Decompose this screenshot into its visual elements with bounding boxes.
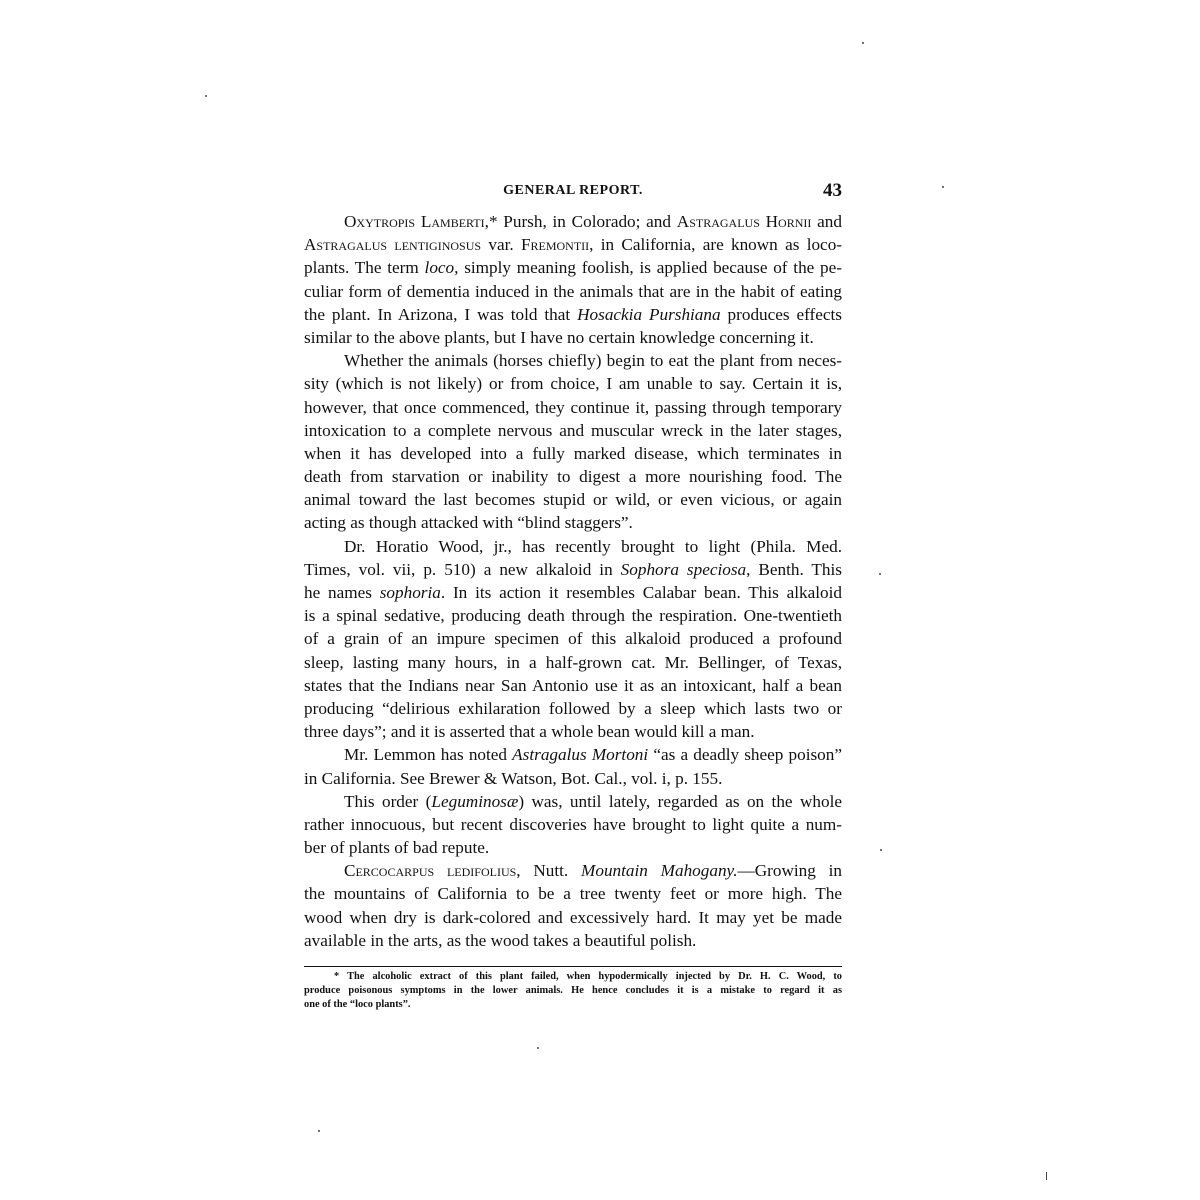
footnote-rule — [304, 966, 842, 967]
text-line: states that the Indians near San Antonio… — [304, 674, 842, 697]
small-caps-name: Cercocarpus ledifolius — [344, 861, 516, 880]
small-caps-name: Oxytropis Lamberti, — [344, 212, 489, 231]
text-line: acting as though attacked with “blind st… — [304, 511, 842, 534]
text-run: producing “delirious exhilaration follow… — [304, 699, 842, 718]
text-run: similar to the above plants, but I have … — [304, 328, 814, 347]
italic-term: Astragalus Mortoni — [512, 745, 648, 764]
text-line: intoxication to a complete nervous and m… — [304, 419, 842, 442]
text-run: Whether the animals (horses chiefly) beg… — [344, 351, 842, 370]
text-line: he names sophoria. In its action it rese… — [304, 581, 842, 604]
footnote-line: * The alcoholic extract of this plant fa… — [304, 970, 842, 984]
text-run: “as a deadly sheep poison” — [648, 745, 842, 764]
scan-speck — [1046, 1172, 1047, 1180]
text-run: is a spinal sedative, producing death th… — [304, 606, 842, 625]
text-run: Mr. Lemmon has noted — [344, 745, 512, 764]
footnote-line: one of the “loco plants”. — [304, 998, 842, 1012]
paragraph-order: This order (Leguminosæ) was, until latel… — [304, 790, 842, 860]
text-run: acting as though attacked with “blind st… — [304, 513, 633, 532]
running-head: GENERAL REPORT. — [304, 183, 842, 199]
text-line: culiar form of dementia induced in the a… — [304, 280, 842, 303]
text-run: ) was, until lately, regarded as on the … — [518, 792, 842, 811]
text-run: —Growing in — [738, 861, 842, 880]
text-line: sleep, lasting many hours, in a half-gro… — [304, 651, 842, 674]
body-text: Oxytropis Lamberti,* Pursh, in Colorado;… — [304, 210, 842, 952]
scan-speck — [862, 42, 864, 44]
text-run: and — [811, 212, 842, 231]
text-line: Dr. Horatio Wood, jr., has recently brou… — [304, 535, 842, 558]
text-run: however, that once commenced, they conti… — [304, 398, 842, 417]
paragraph-wood: Dr. Horatio Wood, jr., has recently brou… — [304, 535, 842, 744]
italic-term: sophoria — [380, 583, 441, 602]
text-run: wood when dry is dark-colored and excess… — [304, 908, 842, 927]
text-run: . In its action it resembles Calabar bea… — [441, 583, 842, 602]
text-line: Astragalus lentiginosus var. Fremontii, … — [304, 233, 842, 256]
text-run: sity (which is not likely) or from choic… — [304, 374, 842, 393]
text-line: sity (which is not likely) or from choic… — [304, 372, 842, 395]
text-line: animal toward the last becomes stupid or… — [304, 488, 842, 511]
scan-speck — [942, 186, 944, 188]
text-run: , Benth. This — [746, 560, 842, 579]
scanned-page: GENERAL REPORT. 43 Oxytropis Lamberti,* … — [0, 0, 1200, 1200]
text-line: death from starvation or inability to di… — [304, 465, 842, 488]
italic-term: loco — [425, 258, 455, 277]
text-line: is a spinal sedative, producing death th… — [304, 604, 842, 627]
footnote-line: produce poisonous symptoms in the lower … — [304, 984, 842, 998]
text-line: in California. See Brewer & Watson, Bot.… — [304, 767, 842, 790]
text-run: plants. The term — [304, 258, 425, 277]
italic-term: Hosackia Purshiana — [577, 305, 720, 324]
text-line: Cercocarpus ledifolius, Nutt. Mountain M… — [304, 859, 842, 882]
text-run: sleep, lasting many hours, in a half-gro… — [304, 653, 842, 672]
text-run: , simply meaning foolish, is applied bec… — [454, 258, 842, 277]
text-line: available in the arts, as the wood takes… — [304, 929, 842, 952]
text-line: similar to the above plants, but I have … — [304, 326, 842, 349]
text-run: when it has developed into a fully marke… — [304, 444, 842, 463]
italic-term: Mountain Mahogany. — [581, 861, 738, 880]
text-line: of a grain of an impure specimen of this… — [304, 627, 842, 650]
text-run: Dr. Horatio Wood, jr., has recently brou… — [344, 537, 842, 556]
text-run: culiar form of dementia induced in the a… — [304, 282, 842, 301]
text-line: ber of plants of bad repute. — [304, 836, 842, 859]
text-run: three days”; and it is asserted that a w… — [304, 722, 755, 741]
paragraph-whether: Whether the animals (horses chiefly) beg… — [304, 349, 842, 535]
text-run: available in the arts, as the wood takes… — [304, 931, 696, 950]
italic-term: Sophora speciosa — [621, 560, 746, 579]
footnote: * The alcoholic extract of this plant fa… — [304, 970, 842, 1012]
text-line: plants. The term loco, simply meaning fo… — [304, 256, 842, 279]
text-run: var. — [481, 235, 521, 254]
text-run: he names — [304, 583, 380, 602]
text-run: death from starvation or inability to di… — [304, 467, 842, 486]
scan-speck — [537, 1047, 539, 1049]
text-run: animal toward the last becomes stupid or… — [304, 490, 842, 509]
text-line: Whether the animals (horses chiefly) beg… — [304, 349, 842, 372]
text-run: rather innocuous, but recent discoveries… — [304, 815, 842, 834]
text-run: ber of plants of bad repute. — [304, 838, 489, 857]
italic-term: Leguminosæ — [431, 792, 518, 811]
text-run: , Nutt. — [516, 861, 581, 880]
text-run: states that the Indians near San Antonio… — [304, 676, 842, 695]
paragraph-oxytropis: Oxytropis Lamberti,* Pursh, in Colorado;… — [304, 210, 842, 349]
scan-speck — [318, 1130, 320, 1132]
text-line: the plant. In Arizona, I was told that H… — [304, 303, 842, 326]
text-line: Mr. Lemmon has noted Astragalus Mortoni … — [304, 743, 842, 766]
text-run: Times, vol. vii, p. 510) a new alkaloid … — [304, 560, 621, 579]
paragraph-cercocarpus: Cercocarpus ledifolius, Nutt. Mountain M… — [304, 859, 842, 952]
text-run: produces effects — [721, 305, 842, 324]
text-run: the plant. In Arizona, I was told that — [304, 305, 577, 324]
text-line: Times, vol. vii, p. 510) a new alkaloid … — [304, 558, 842, 581]
text-run: This order ( — [344, 792, 431, 811]
small-caps-name: Astragalus lentiginosus — [304, 235, 481, 254]
text-line: rather innocuous, but recent discoveries… — [304, 813, 842, 836]
text-line: producing “delirious exhilaration follow… — [304, 697, 842, 720]
text-run: , in California, are known as loco- — [589, 235, 842, 254]
text-line: three days”; and it is asserted that a w… — [304, 720, 842, 743]
text-line: when it has developed into a fully marke… — [304, 442, 842, 465]
text-line: the mountains of California to be a tree… — [304, 882, 842, 905]
small-caps-name: Fremontii — [521, 235, 589, 254]
text-line: Oxytropis Lamberti,* Pursh, in Colorado;… — [304, 210, 842, 233]
page-header: GENERAL REPORT. 43 — [304, 180, 842, 204]
text-line: however, that once commenced, they conti… — [304, 396, 842, 419]
text-run: * Pursh, in Colorado; and — [489, 212, 677, 231]
text-run: of a grain of an impure specimen of this… — [304, 629, 842, 648]
page-number: 43 — [823, 180, 842, 202]
scan-speck — [879, 573, 881, 575]
text-run: intoxication to a complete nervous and m… — [304, 421, 842, 440]
small-caps-name: Astragalus Hornii — [677, 212, 812, 231]
text-run: in California. See Brewer & Watson, Bot.… — [304, 769, 722, 788]
scan-speck — [205, 95, 207, 97]
scan-speck — [880, 849, 882, 851]
text-line: This order (Leguminosæ) was, until latel… — [304, 790, 842, 813]
text-line: wood when dry is dark-colored and excess… — [304, 906, 842, 929]
paragraph-lemmon: Mr. Lemmon has noted Astragalus Mortoni … — [304, 743, 842, 789]
text-run: the mountains of California to be a tree… — [304, 884, 842, 903]
